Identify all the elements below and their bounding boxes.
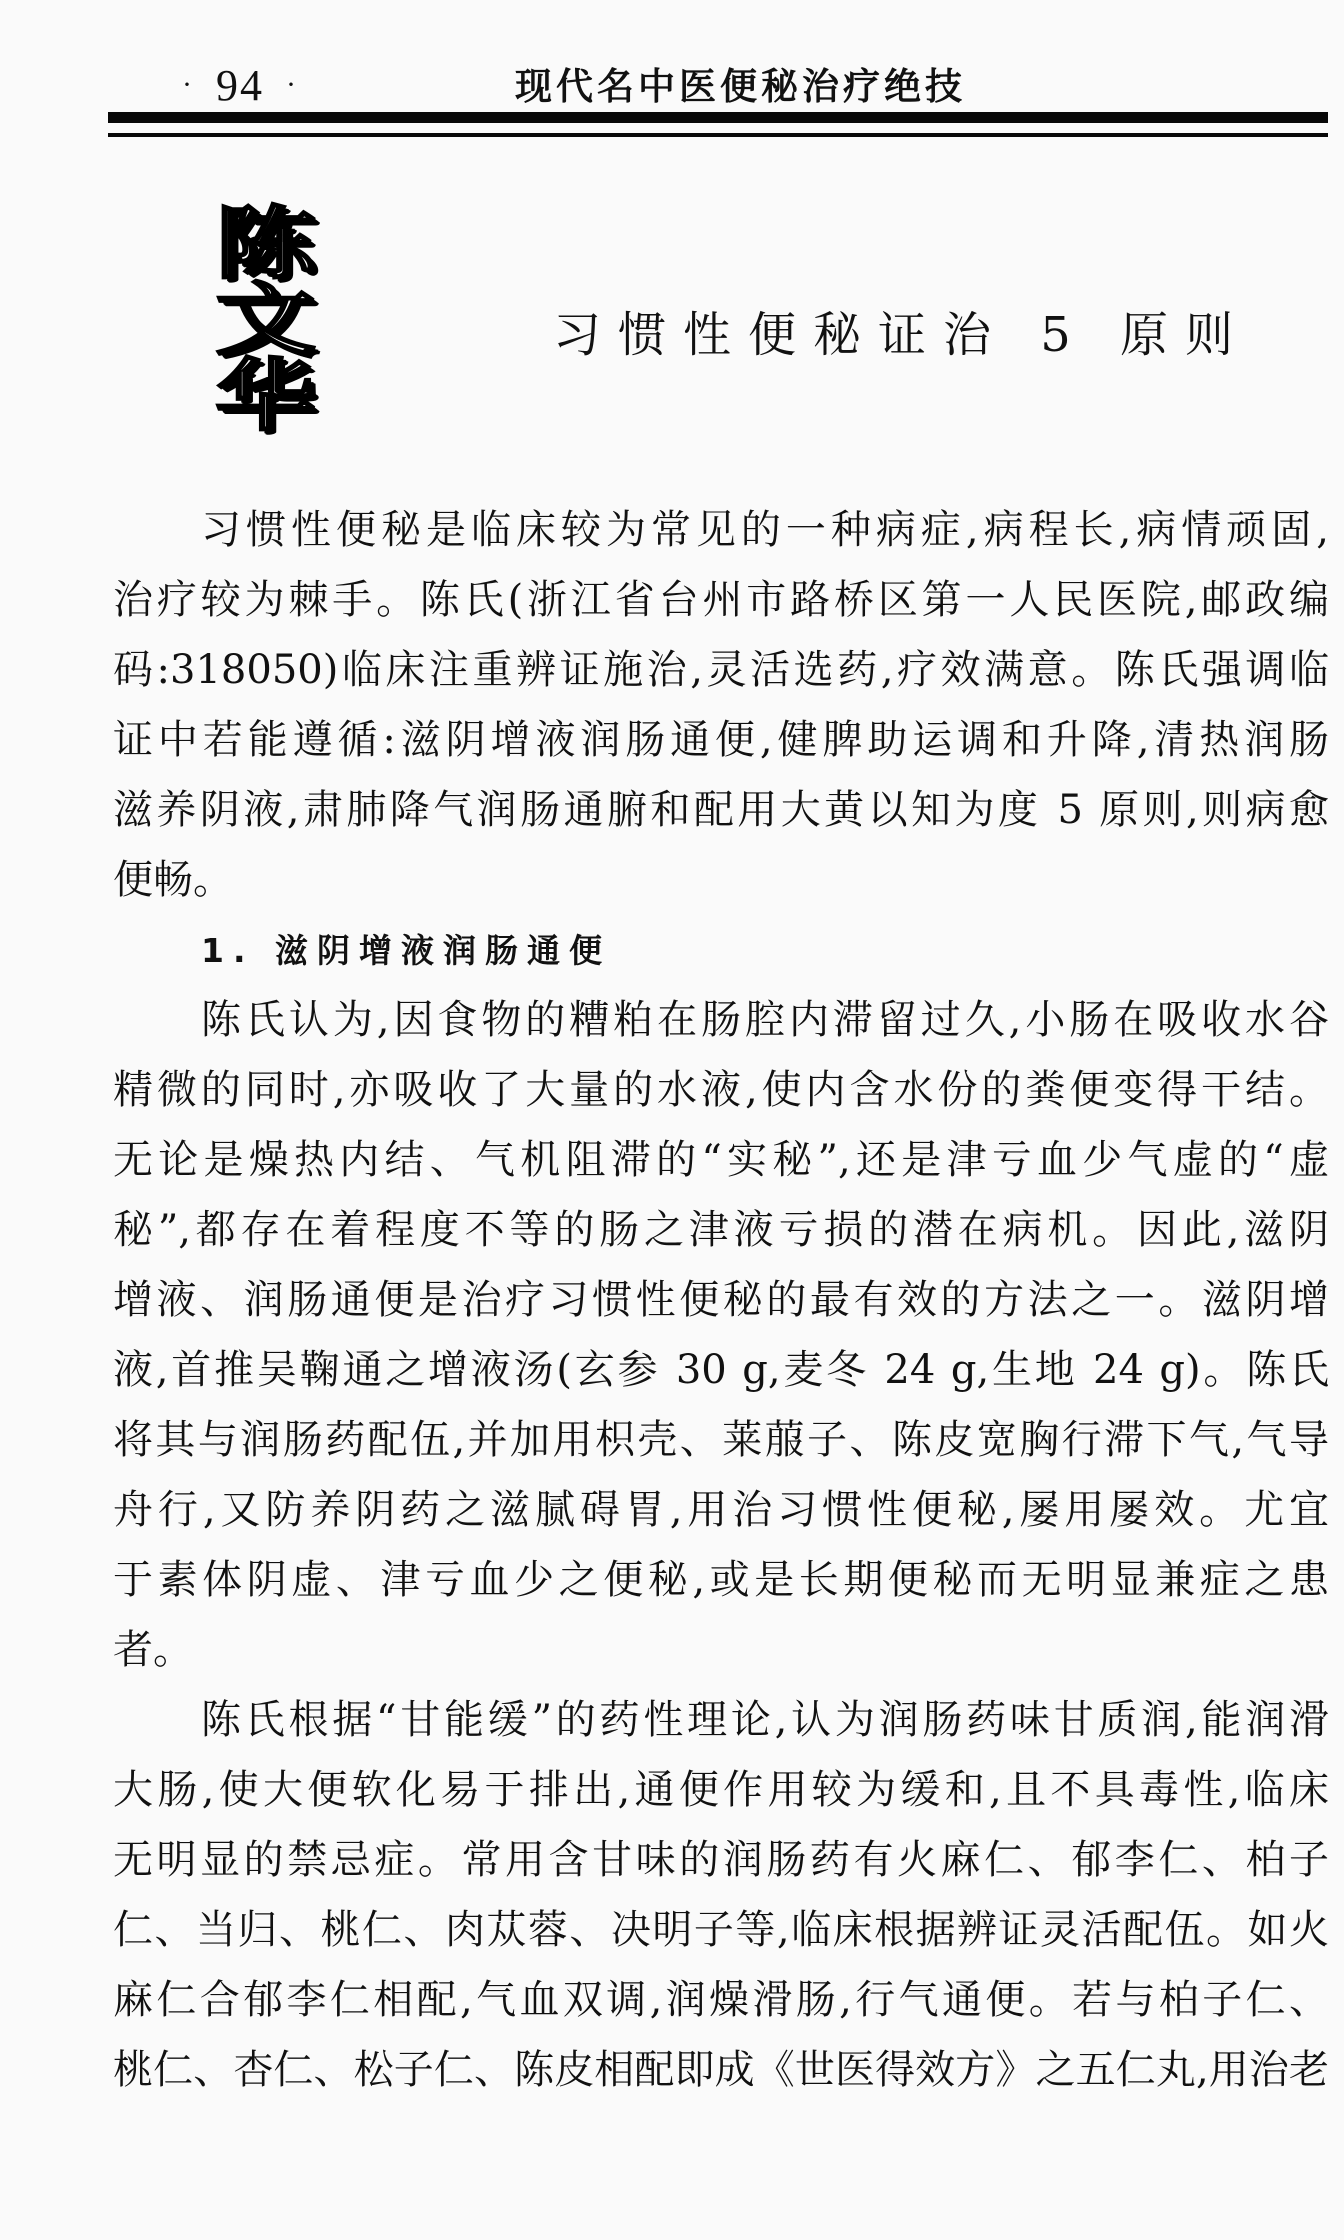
author-name-vertical: 陈 文 华: [203, 206, 328, 451]
text-line: 桃仁、杏仁、松子仁、陈皮相配即成《世医得效方》之五仁丸,用治老: [113, 2040, 1329, 2110]
page-header: ·94· 现代名中医便秘治疗绝技: [0, 0, 1344, 140]
section-heading: 1. 滋阴增液润肠通便: [113, 920, 1329, 990]
text-line: 证中若能遵循:滋阴增液润肠通便,健脾助运调和升降,清热润肠: [113, 710, 1329, 780]
text-line: 麻仁合郁李仁相配,气血双调,润燥滑肠,行气通便。若与柏子仁、: [113, 1970, 1329, 2040]
author-char: 陈: [203, 214, 328, 273]
text-line: 液,首推吴鞠通之增液汤(玄参 30 g,麦冬 24 g,生地 24 g)。陈氏: [113, 1340, 1329, 1410]
text-line: 大肠,使大便软化易于排出,通便作用较为缓和,且不具毒性,临床: [113, 1760, 1329, 1830]
text-line: 治疗较为棘手。陈氏(浙江省台州市路桥区第一人民医院,邮政编: [113, 570, 1329, 640]
text-line: 秘”,都存在着程度不等的肠之津液亏损的潜在病机。因此,滋阴: [113, 1200, 1329, 1270]
header-rule-thin: [108, 133, 1328, 137]
text-line: 陈氏根据“甘能缓”的药性理论,认为润肠药味甘质润,能润滑: [113, 1690, 1329, 1760]
page-number-value: 94: [216, 61, 264, 110]
text-line: 仁、当归、桃仁、肉苁蓉、决明子等,临床根据辨证灵活配伍。如火: [113, 1900, 1329, 1970]
paragraph-section-1b: 陈氏根据“甘能缓”的药性理论,认为润肠药味甘质润,能润滑 大肠,使大便软化易于排…: [113, 1690, 1329, 2110]
author-char: 华: [203, 366, 328, 425]
text-line: 精微的同时,亦吸收了大量的水液,使内含水份的粪便变得干结。: [113, 1060, 1329, 1130]
author-char: 文: [203, 290, 328, 349]
page-number: ·94·: [160, 62, 320, 109]
text-line: 陈氏认为,因食物的糟粕在肠腔内滞留过久,小肠在吸收水谷: [113, 990, 1329, 1060]
text-line: 便畅。: [113, 850, 1329, 920]
text-line: 将其与润肠药配伍,并加用枳壳、莱菔子、陈皮宽胸行滞下气,气导: [113, 1410, 1329, 1480]
page-number-dot-left: ·: [160, 68, 216, 101]
paragraph-section-1a: 陈氏认为,因食物的糟粕在肠腔内滞留过久,小肠在吸收水谷 精微的同时,亦吸收了大量…: [113, 990, 1329, 1690]
text-line: 滋养阴液,肃肺降气润肠通腑和配用大黄以知为度 5 原则,则病愈: [113, 780, 1329, 850]
header-rule-thick: [108, 112, 1328, 123]
text-line: 无明显的禁忌症。常用含甘味的润肠药有火麻仁、郁李仁、柏子: [113, 1830, 1329, 1900]
paragraph-intro: 习惯性便秘是临床较为常见的一种病症,病程长,病情顽固, 治疗较为棘手。陈氏(浙江…: [113, 500, 1329, 920]
running-title: 现代名中医便秘治疗绝技: [515, 66, 966, 108]
text-line: 习惯性便秘是临床较为常见的一种病症,病程长,病情顽固,: [113, 500, 1329, 570]
text-line: 增液、润肠通便是治疗习惯性便秘的最有效的方法之一。滋阴增: [113, 1270, 1329, 1340]
text-line: 舟行,又防养阴药之滋腻碍胃,用治习惯性便秘,屡用屡效。尤宜: [113, 1480, 1329, 1550]
page-number-dot-right: ·: [264, 68, 320, 101]
text-line: 于素体阴虚、津亏血少之便秘,或是长期便秘而无明显兼症之患: [113, 1550, 1329, 1620]
text-line: 者。: [113, 1620, 1329, 1690]
article-body: 习惯性便秘是临床较为常见的一种病症,病程长,病情顽固, 治疗较为棘手。陈氏(浙江…: [113, 500, 1329, 2110]
article-title: 习惯性便秘证治 5 原则: [553, 300, 1250, 370]
text-line: 无论是燥热内结、气机阻滞的“实秘”,还是津亏血少气虚的“虚: [113, 1130, 1329, 1200]
text-line: 码:318050)临床注重辨证施治,灵活选药,疗效满意。陈氏强调临: [113, 640, 1329, 710]
